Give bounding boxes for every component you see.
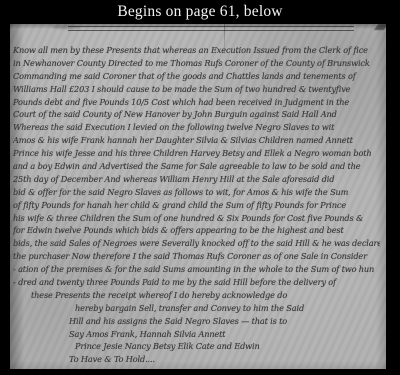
manuscript-line: 25th day of December And whereas William… [13,173,380,186]
manuscript-line: for Edwin twelve Pounds which bids & off… [13,224,380,237]
manuscript-line: To Have & To Hold.... [13,353,380,366]
manuscript-line: Know all men by these Presents that wher… [13,44,380,57]
manuscript-line: of fifty Pounds for hanah her child & gr… [13,199,380,212]
manuscript-line: Hill and his assigns the Said Negro Slav… [13,315,380,328]
manuscript-line: Court of the said County of New Hanover … [13,108,380,121]
manuscript-line: in Newhanover County Directed to me Thom… [13,57,380,70]
manuscript-line: Williams Hall £203 I should cause to be … [13,83,380,96]
manuscript-line: - dred and twenty three Pounds Paid to m… [13,276,380,289]
manuscript-line: his wife & three Children the Sum of one… [13,212,380,225]
manuscript-line: these Presents the receipt whereof I do … [13,289,380,302]
manuscript-line: bid & offer for the said Negro Slaves as… [13,186,380,199]
manuscript-text: Know all men by these Presents that wher… [13,44,380,366]
manuscript-line: Commanding me said Coroner that of the g… [13,70,380,83]
manuscript-line: Whereas the said Execution I levied on t… [13,121,380,134]
viewer-background: Begins on page 61, below Know all men by… [0,0,400,375]
manuscript-line: bids, the said Sales of Negroes were Sev… [13,237,380,250]
manuscript-page: Know all men by these Presents that wher… [10,24,386,369]
double-rule-divider [68,26,354,31]
manuscript-line: Say Amos Frank, Hannah Silvia Annett [13,328,380,341]
manuscript-line: Prince his wife Jesse and his three Chil… [13,147,380,160]
manuscript-line: Pounds debt and five Pounds 10/5 Cost wh… [13,96,380,109]
manuscript-line: the purchaser Now therefore I the said T… [13,250,380,263]
manuscript-line: Prince Jesie Nancy Betsy Elik Cate and E… [13,340,380,353]
manuscript-line: Amos & his wife Frank hannah her Daughte… [13,134,380,147]
page-caption: Begins on page 61, below [0,3,400,21]
manuscript-line: hereby bargain Sell, transfer and Convey… [13,302,380,315]
manuscript-line: and a boy Edwin and Advertised the Same … [13,160,380,173]
manuscript-line: - ation of the premises & for the said S… [13,263,380,276]
corner-mark [374,24,386,30]
